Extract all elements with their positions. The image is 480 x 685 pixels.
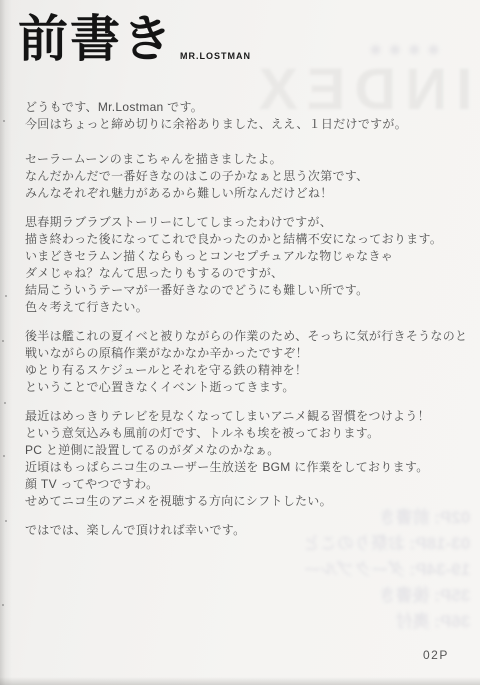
text-line: 顔 TV ってやつですわ。 — [25, 476, 455, 493]
text-line: ではでは、楽しんで頂ければ幸いです。 — [25, 522, 455, 539]
text-line: 色々考えて行きたい。 — [25, 299, 455, 316]
text-line: ゆとり有るスケジュールとそれを守る鉄の精神を！ — [25, 362, 455, 379]
text-line: 戦いながらの原稿作業がなかなか辛かったですぞ！ — [25, 345, 455, 362]
text-line: いまどきセラムン描くならもっとコンセプチュアルな物じゃなきゃ — [25, 248, 455, 265]
scan-speck — [5, 520, 7, 522]
text-line: 思春期ラブラブストーリーにしてしまったわけですが、 — [25, 214, 455, 231]
text-line: PC と逆側に設置してるのがダメなのかなぁ。 — [25, 442, 455, 459]
text-line: 今回はちょっと締め切りに余裕ありました、ええ、１日だけですが。 — [25, 116, 455, 133]
text-line: という意気込みも風前の灯です、トルネも埃を被っております。 — [25, 425, 455, 442]
text-line: 後半は艦これの夏イベと被りながらの作業のため、そっちに気が行きそうなのと — [25, 328, 455, 345]
page-number: 02P — [423, 648, 449, 662]
author-name: MR.LOSTMAN — [180, 51, 251, 61]
scan-speck — [2, 340, 4, 342]
text-line: 描き終わった後になってこれで良かったのかと結構不安になっております。 — [25, 231, 455, 248]
showthrough-deco-glyphs: ●●●● — [363, 36, 440, 62]
scan-speck — [5, 295, 7, 297]
preface-text: どうもです、Mr.Lostman です。 今回はちょっと締め切りに余裕ありました… — [25, 99, 455, 551]
scanned-doujin-page: { "header": { "title": "前書き", "subtitle"… — [0, 0, 480, 685]
scan-edge-shadow-bottom — [0, 677, 480, 685]
text-line: せめてニコ生のアニメを視聴する方向にシフトしたい。 — [25, 493, 455, 510]
text-line: ダメじゃね？なんて思ったりもするのですが、 — [25, 265, 455, 282]
text-line: セーラームーンのまこちゃんを描きましたよ。 — [25, 151, 455, 168]
scan-speck — [4, 402, 6, 404]
page-header: 前書き MR.LOSTMAN — [18, 12, 251, 67]
text-line: ということで心置きなくイベント逝ってきます。 — [25, 379, 455, 396]
text-line: どうもです、Mr.Lostman です。 — [25, 99, 455, 116]
text-line: みんなそれぞれ魅力があるから難しい所なんだけどね！ — [25, 185, 455, 202]
scan-speck — [3, 120, 5, 122]
scan-edge-shadow-left — [0, 0, 12, 685]
showthrough-toc-line: 19-34P: ダークブルー — [303, 557, 470, 583]
text-line: なんだかんだで一番好きなのはこの子かなぁと思う次第です、 — [25, 168, 455, 185]
text-line: 結局こういうテーマが一番好きなのでどうにも難しい所です。 — [25, 282, 455, 299]
page-title: 前書き — [18, 12, 174, 67]
text-line: 近頃はもっぱらニコ生のユーザー生放送を BGM に作業をしております。 — [25, 459, 455, 476]
scan-speck — [2, 604, 4, 606]
showthrough-toc-line: 36P: 奥付 — [303, 609, 470, 635]
scan-speck — [3, 455, 5, 457]
text-line: 最近はめっきりテレビを見なくなってしまいアニメ観る習慣をつけよう！ — [25, 408, 455, 425]
showthrough-toc-line: 35P: 後書き — [303, 583, 470, 609]
